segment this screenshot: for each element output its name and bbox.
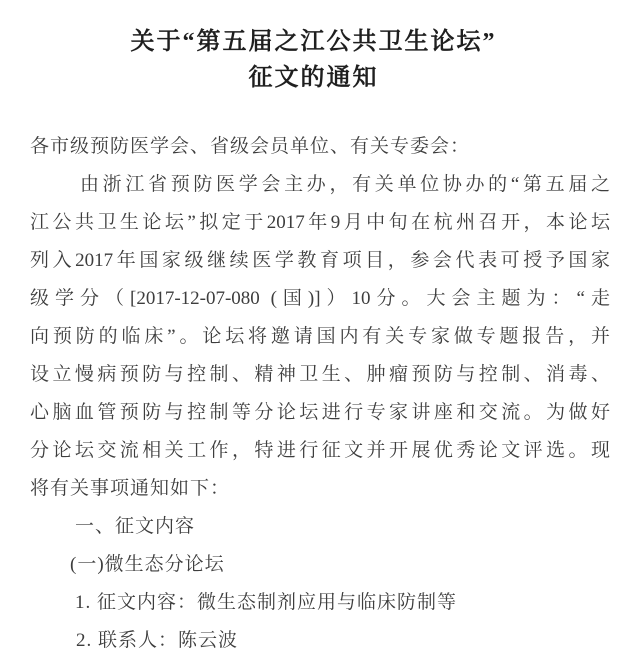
text-line: 列入2017年国家级继续医学教育项目，参会代表可授予国家 [30, 242, 610, 280]
text-line: 1. 征文内容：微生态制剂应用与临床防制等 [30, 584, 610, 622]
document-title: 关于“第五届之江公共卫生论坛” 征文的通知 [0, 24, 627, 96]
document-title-line1: 关于“第五届之江公共卫生论坛” [0, 24, 627, 60]
text-line: 心脑血管预防与控制等分论坛进行专家讲座和交流。为做好 [30, 394, 610, 432]
text-line: 分论坛交流相关工作，特进行征文并开展优秀论文评选。现 [30, 432, 610, 470]
document-title-line2: 征文的通知 [0, 60, 627, 96]
text-line: 设立慢病预防与控制、精神卫生、肿瘤预防与控制、消毒、 [30, 356, 610, 394]
document-page: 关于“第五届之江公共卫生论坛” 征文的通知 各市级预防医学会、省级会员单位、有关… [0, 0, 627, 659]
text-line: (一)微生态分论坛 [30, 546, 610, 584]
text-line: 2. 联系人：陈云波 [30, 622, 610, 659]
text-line: 将有关事项通知如下： [30, 470, 610, 508]
text-line: 各市级预防医学会、省级会员单位、有关专委会： [30, 128, 610, 166]
text-line: 向预防的临床”。论坛将邀请国内有关专家做专题报告，并 [30, 318, 610, 356]
text-line: 由浙江省预防医学会主办，有关单位协办的“第五届之 [30, 166, 610, 204]
text-line: 级学分（[2017-12-07-080 (国)]）10分。大会主题为：“走 [30, 280, 610, 318]
text-line: 江公共卫生论坛”拟定于2017年9月中旬在杭州召开，本论坛 [30, 204, 610, 242]
text-line: 一、征文内容 [30, 508, 610, 546]
doc-body: 各市级预防医学会、省级会员单位、有关专委会：由浙江省预防医学会主办，有关单位协办… [30, 128, 610, 659]
